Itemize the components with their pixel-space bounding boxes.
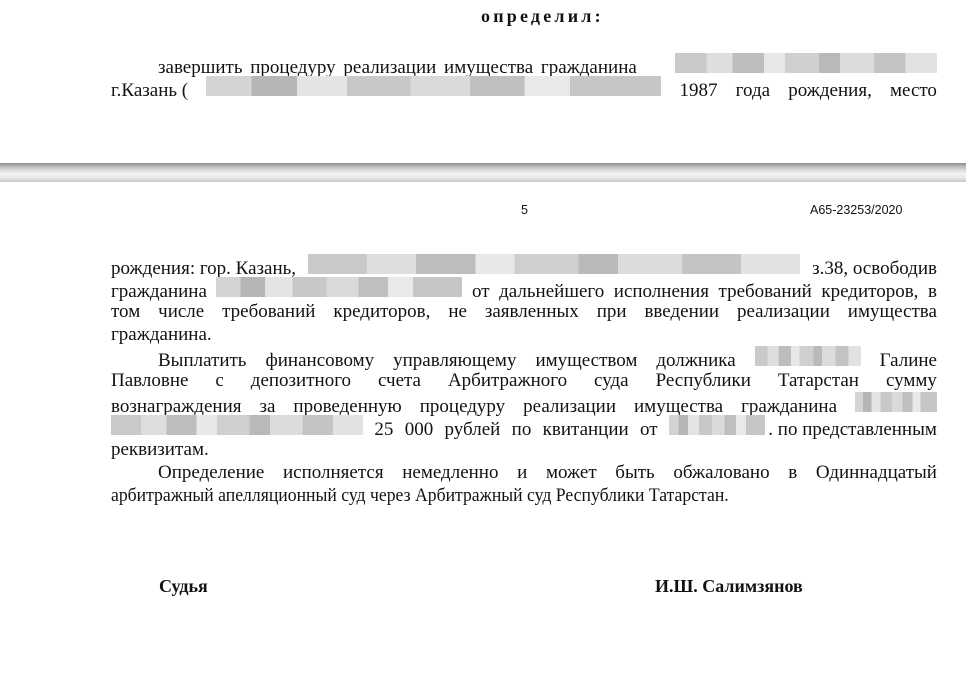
word: имущества	[848, 300, 937, 323]
redacted-birth-details	[206, 76, 661, 96]
word: рублей	[445, 418, 501, 441]
word: в	[788, 461, 797, 484]
word: . по представленным	[768, 418, 937, 441]
ruling-line-2: г.Казань ( 1987 года рождения, место	[111, 76, 937, 102]
word: счета	[378, 369, 421, 392]
word: рождения,	[788, 79, 872, 102]
word: сумму	[886, 369, 937, 392]
word: заявленных	[485, 300, 579, 323]
word: Республики	[656, 369, 751, 392]
word: том	[111, 300, 140, 323]
birth-year: 1987	[679, 79, 717, 102]
word: кредиторов,	[333, 300, 430, 323]
redacted-date	[669, 415, 765, 435]
appeal-text: арбитражный апелляционный суд через Арби…	[111, 484, 729, 507]
word: не	[448, 300, 467, 323]
signature-title: Судья	[159, 576, 208, 597]
word: числе	[158, 300, 204, 323]
word: 000	[405, 418, 434, 441]
case-number: А65-23253/2020	[810, 203, 902, 217]
word: и	[517, 461, 527, 484]
word: от	[640, 418, 658, 441]
page-number: 5	[521, 203, 528, 217]
p2-line-4: 25 000 рублей по квитанции от . по предс…	[111, 415, 937, 441]
word: депозитного	[251, 369, 351, 392]
ruling-heading: определил:	[481, 6, 604, 27]
word: введении	[644, 300, 719, 323]
redacted-name	[111, 415, 363, 435]
word: Павловне	[111, 369, 188, 392]
redacted-name	[675, 53, 937, 73]
word: суда	[594, 369, 629, 392]
word: при	[597, 300, 627, 323]
word: по	[512, 418, 532, 441]
p1-line-4: гражданина.	[111, 323, 212, 346]
p2-line-2: Павловне с депозитного счета Арбитражног…	[111, 369, 937, 392]
word: место	[890, 79, 937, 102]
word: может	[546, 461, 597, 484]
word: Определение	[158, 461, 264, 484]
word: реализации	[737, 300, 830, 323]
word: Татарстан	[778, 369, 859, 392]
city-text: г.Казань (	[111, 79, 188, 102]
word: года	[736, 79, 770, 102]
word: Арбитражного	[448, 369, 567, 392]
word: немедленно	[402, 461, 498, 484]
redacted-address	[308, 254, 800, 274]
word: 25	[374, 418, 393, 441]
redacted-name	[855, 392, 937, 412]
document-page-top: определил: завершить процедуру реализаци…	[0, 0, 966, 163]
p3-line-2: арбитражный апелляционный суд через Арби…	[111, 484, 814, 507]
p3-line-1: Определение исполняется немедленно и мож…	[158, 461, 937, 484]
p1-line-3: том числе требований кредиторов, не заяв…	[111, 300, 937, 323]
judge-name: И.Ш. Салимзянов	[655, 576, 803, 597]
word: быть	[615, 461, 654, 484]
word: с	[215, 369, 223, 392]
word: обжаловано	[673, 461, 769, 484]
redacted-name	[216, 277, 462, 297]
page-separator	[0, 163, 966, 182]
word: Одиннадцатый	[816, 461, 937, 484]
word: квитанции	[543, 418, 629, 441]
redacted-surname	[755, 346, 861, 366]
p2-line-5: реквизитам.	[111, 438, 209, 461]
word: требований	[222, 300, 315, 323]
word: исполняется	[283, 461, 384, 484]
